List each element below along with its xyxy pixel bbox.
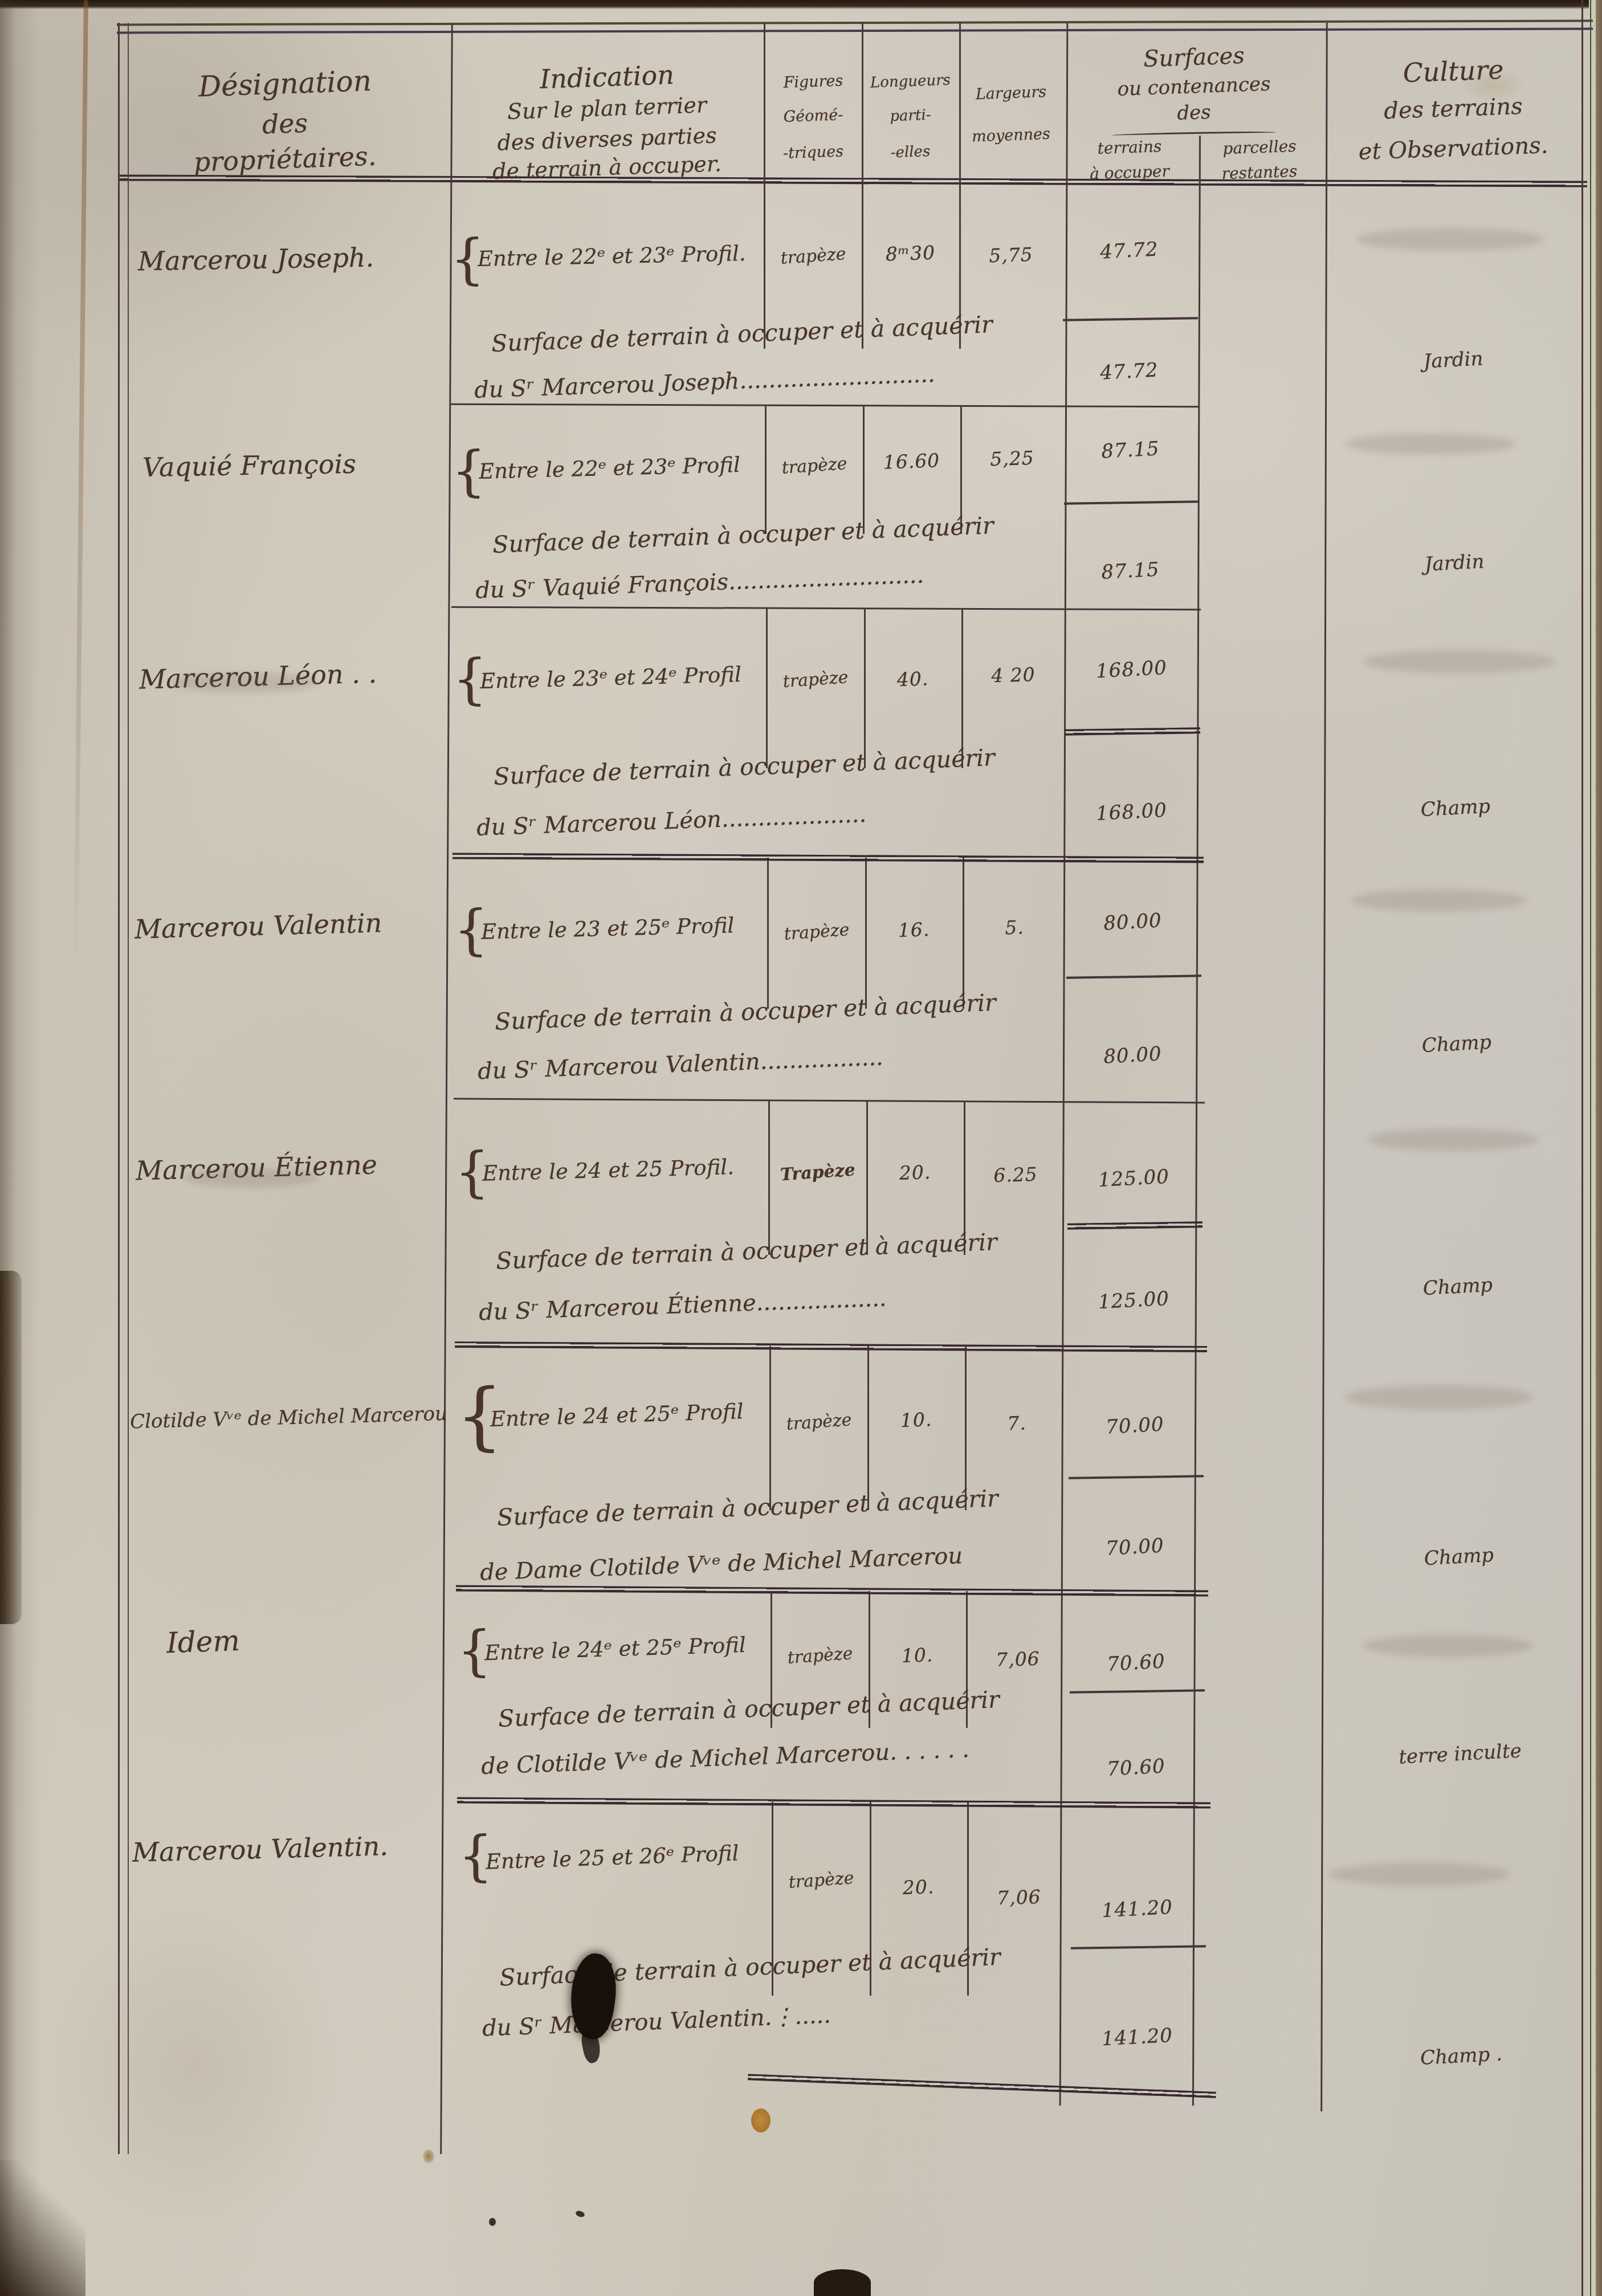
header-surfaces-line2: ou contenances [1068, 71, 1319, 102]
row-longueur: 10. [868, 1642, 966, 1668]
bleedthrough-smudge [1328, 1862, 1510, 1886]
row-figure: trapèze [773, 1867, 869, 1893]
row-longueur: 8ᵐ30 [861, 240, 959, 266]
row-figure: trapèze [771, 1409, 867, 1435]
row-name: Marcerou Valentin [134, 907, 382, 944]
page-right-border-inner [1590, 0, 1591, 2296]
row-figure: Trapèze [770, 1159, 866, 1185]
row-culture: terre inculte [1334, 1736, 1585, 1772]
row-longueur: 16. [865, 917, 963, 943]
row-name: Marcerou Joseph. [138, 242, 374, 276]
row-largeur: 7. [964, 1410, 1069, 1436]
page-right-border-outer [1581, 0, 1583, 2296]
row-surface: 125.00 [1067, 1164, 1201, 1193]
seg-g2-a [765, 406, 767, 534]
surfaces-des-underline [1111, 130, 1277, 135]
row-name: Marcerou Valentin. [132, 1830, 388, 1868]
row-indication: Entre le 23 et 25ᵉ Profil [481, 913, 735, 944]
row-indication: Entre le 24ᵉ et 25ᵉ Profil [484, 1633, 746, 1665]
left-torn-page-remnant [0, 1271, 22, 1624]
row-culture: Champ [1330, 790, 1581, 826]
row-indication: Entre le 22ᵉ et 23ᵉ Profil. [478, 241, 746, 271]
row-figure: trapèze [767, 452, 862, 479]
header-indication-line1: Indication [461, 56, 753, 97]
bleedthrough-smudge [1362, 1634, 1533, 1657]
seg-g4-a [767, 858, 769, 1009]
seg-g3-a [766, 609, 768, 768]
midrule-g5 [1067, 1221, 1202, 1229]
header-designation-line3: propriétaires. [142, 138, 428, 179]
row-total: 87.15 [1063, 556, 1197, 586]
header-longueurs-line2: parti- [862, 105, 960, 126]
table-top-rule-inner [117, 28, 1593, 34]
row-indication: Entre le 24 et 25ᵉ Profil [490, 1399, 744, 1432]
row-total: 125.00 [1067, 1286, 1201, 1315]
row-largeur: 5. [962, 915, 1066, 940]
row-figure: trapèze [769, 919, 865, 945]
divider-terrain-parcelles [1192, 136, 1201, 2106]
sep-g4 [454, 1098, 1205, 1104]
midrule-g1 [1063, 317, 1198, 321]
row-culture: Jardin [1328, 545, 1580, 581]
header-longueurs-line1: Longueurs [862, 71, 960, 92]
closing-rule [748, 2074, 1216, 2098]
header-surfaces-line3: des [1068, 97, 1319, 128]
sep-g7 [457, 1797, 1210, 1808]
row-largeur: 7,06 [967, 1885, 1071, 1910]
bleedthrough-smudge [1368, 1128, 1539, 1151]
row-longueur: 20. [866, 1160, 964, 1185]
row-acq-line2: du Sʳ Marcerou Étienne.................. [478, 1286, 887, 1326]
row-total: 70.00 [1068, 1532, 1202, 1562]
header-longueurs-line3: -elles [862, 142, 960, 162]
row-acq-line1: Surface de terrain à occuper et à acquér… [491, 311, 993, 357]
bottom-edge-blot [814, 2269, 871, 2296]
row-name: Clotilde Vᵛᵉ de Michel Marcerou [130, 1402, 448, 1434]
header-largeurs-line1: Largeurs [959, 83, 1063, 104]
header-designation-line1: Désignation [142, 62, 428, 105]
row-acq-line2: du Sʳ Marcerou Joseph...................… [474, 361, 935, 403]
row-acq-line1: Surface de terrain à occuper et à acquér… [494, 989, 996, 1035]
row-acq-line2: de Clotilde Vᵛᵉ de Michel Marcerou. . . … [480, 1736, 969, 1780]
row-acq-line1: Surface de terrain à occuper et à acquér… [492, 512, 994, 558]
row-figure: trapèze [772, 1642, 868, 1669]
header-surfaces-line1: Surfaces [1068, 40, 1319, 75]
row-total: 141.20 [1070, 2022, 1204, 2052]
row-surface: 87.15 [1063, 435, 1197, 465]
row-culture: Champ [1333, 1539, 1584, 1575]
seg-g5-a [768, 1101, 770, 1255]
bleedthrough-smudge [1356, 228, 1544, 251]
header-indication-line2: Sur le plan terrier [461, 91, 752, 126]
stain-top-right [1459, 68, 1527, 103]
divider-designation-indication [440, 23, 453, 2154]
midrule-g7 [1070, 1689, 1205, 1693]
table-top-rule-outer [117, 20, 1593, 26]
page-left-binding-shadow [0, 0, 40, 2296]
stain-small-dot [423, 2150, 434, 2163]
row-acq-line1: Surface de terrain à occuper et à acquér… [498, 1686, 1000, 1732]
row-total: 47.72 [1062, 357, 1196, 386]
row-longueur: 16.60 [862, 448, 960, 474]
row-acq-line2: du Sʳ Vaquié François...................… [475, 562, 924, 603]
midrule-g4 [1066, 974, 1201, 978]
header-figures-line3: -triques [766, 142, 861, 163]
header-culture-line1: Culture [1327, 51, 1579, 91]
bottom-left-corner-shadow [0, 2160, 85, 2296]
row-surface: 70.60 [1069, 1648, 1203, 1678]
row-total: 70.60 [1069, 1753, 1203, 1783]
stain-orange-dot [751, 2109, 771, 2132]
row-acq-line2: du Sʳ Marcerou Valentin................. [477, 1045, 883, 1085]
row-culture: Champ [1331, 1026, 1582, 1062]
stain-damp-bottom-left [46, 1892, 342, 2245]
row-indication: Entre le 24 et 25 Profil. [482, 1155, 735, 1186]
divider-parcelles-culture [1320, 23, 1328, 2111]
header-bottom-rule [118, 174, 1587, 187]
page-top-edge [0, 0, 1602, 9]
row-culture: Jardin [1327, 342, 1579, 378]
row-largeur: 7,06 [965, 1646, 1070, 1672]
row-total: 168.00 [1065, 797, 1199, 827]
midrule-g8 [1071, 1945, 1206, 1949]
row-longueur: 10. [867, 1407, 965, 1433]
divider-indication-figures-header [764, 23, 765, 181]
midrule-g6 [1069, 1475, 1204, 1479]
row-surface: 141.20 [1070, 1894, 1204, 1924]
bleedthrough-smudge [182, 1168, 319, 1188]
midrule-g2 [1064, 500, 1199, 504]
header-designation-line2: des [142, 103, 428, 144]
header-figures-line2: Géomé- [766, 105, 861, 127]
header-parcelles-sub-line1: parcelles [1196, 136, 1322, 159]
row-acq-line1: Surface de terrain à occuper et à acquér… [493, 744, 995, 790]
row-indication: Entre le 22ᵉ et 23ᵉ Profil [479, 452, 741, 484]
header-culture-line2: des terrains [1327, 91, 1579, 126]
row-surface: 47.72 [1062, 236, 1196, 266]
sep-g2 [451, 606, 1201, 611]
row-figure: trapèze [768, 666, 863, 692]
manuscript-page: Désignation des propriétaires. Indicatio… [0, 0, 1602, 2296]
sep-g6 [456, 1585, 1208, 1596]
row-surface: 70.00 [1068, 1411, 1202, 1441]
row-figure: trapèze [765, 243, 861, 269]
row-acq-line2: du Sʳ Marcerou Valentin.⋮..... [482, 2002, 831, 2041]
row-name: Vaquié François [142, 448, 357, 483]
sep-g3 [453, 853, 1204, 863]
row-largeur: 4 20 [961, 662, 1065, 688]
row-largeur: 6.25 [963, 1162, 1067, 1188]
row-largeur: 5,75 [959, 242, 1063, 268]
row-longueur: 40. [863, 666, 961, 692]
table-left-border-outer [118, 23, 120, 2154]
bleedthrough-smudge [171, 672, 319, 693]
header-culture-line3: et Observations. [1327, 131, 1579, 166]
page-right-cover-edge [1596, 0, 1602, 2296]
row-surface: 80.00 [1066, 907, 1200, 937]
row-acq-line1: Surface de terrain à occuper et à acquér… [495, 1228, 997, 1275]
row-culture: Champ . [1335, 2038, 1587, 2074]
row-total: 80.00 [1066, 1041, 1200, 1070]
sep-g1 [450, 403, 1200, 408]
row-largeur: 5,25 [960, 446, 1064, 471]
row-surface: 168.00 [1065, 655, 1199, 684]
header-largeurs-line2: moyennes [959, 125, 1063, 146]
bottom-mark-1 [489, 2218, 496, 2226]
sep-g5 [455, 1341, 1207, 1352]
row-acq-line2: du Sʳ Marcerou Léon.................... [476, 801, 866, 841]
row-indication: Entre le 23ᵉ et 24ᵉ Profil [480, 662, 742, 694]
bleedthrough-smudge [1345, 433, 1516, 455]
bottom-mark-2 [575, 2210, 585, 2218]
row-acq-line2: de Dame Clotilde Vᵛᵉ de Michel Marcerou [479, 1543, 963, 1586]
left-crease-line [74, 0, 88, 969]
header-figures-line1: Figures [766, 71, 861, 92]
row-indication: Entre le 25 et 26ᵉ Profil [485, 1841, 739, 1874]
row-name: Idem [166, 1624, 240, 1659]
row-longueur: 20. [869, 1874, 967, 1900]
seg-g6-a [769, 1346, 771, 1510]
header-terrain-sub-line1: terrains [1066, 136, 1192, 159]
row-acq-line1: Surface de terrain à occuper et à acquér… [496, 1485, 998, 1531]
midrule-g3 [1065, 727, 1200, 735]
bleedthrough-smudge [1351, 889, 1527, 912]
bleedthrough-smudge [1362, 650, 1556, 674]
bleedthrough-smudge [1345, 1385, 1533, 1410]
table-left-border-inner [128, 23, 129, 2154]
row-culture: Champ [1332, 1269, 1583, 1305]
